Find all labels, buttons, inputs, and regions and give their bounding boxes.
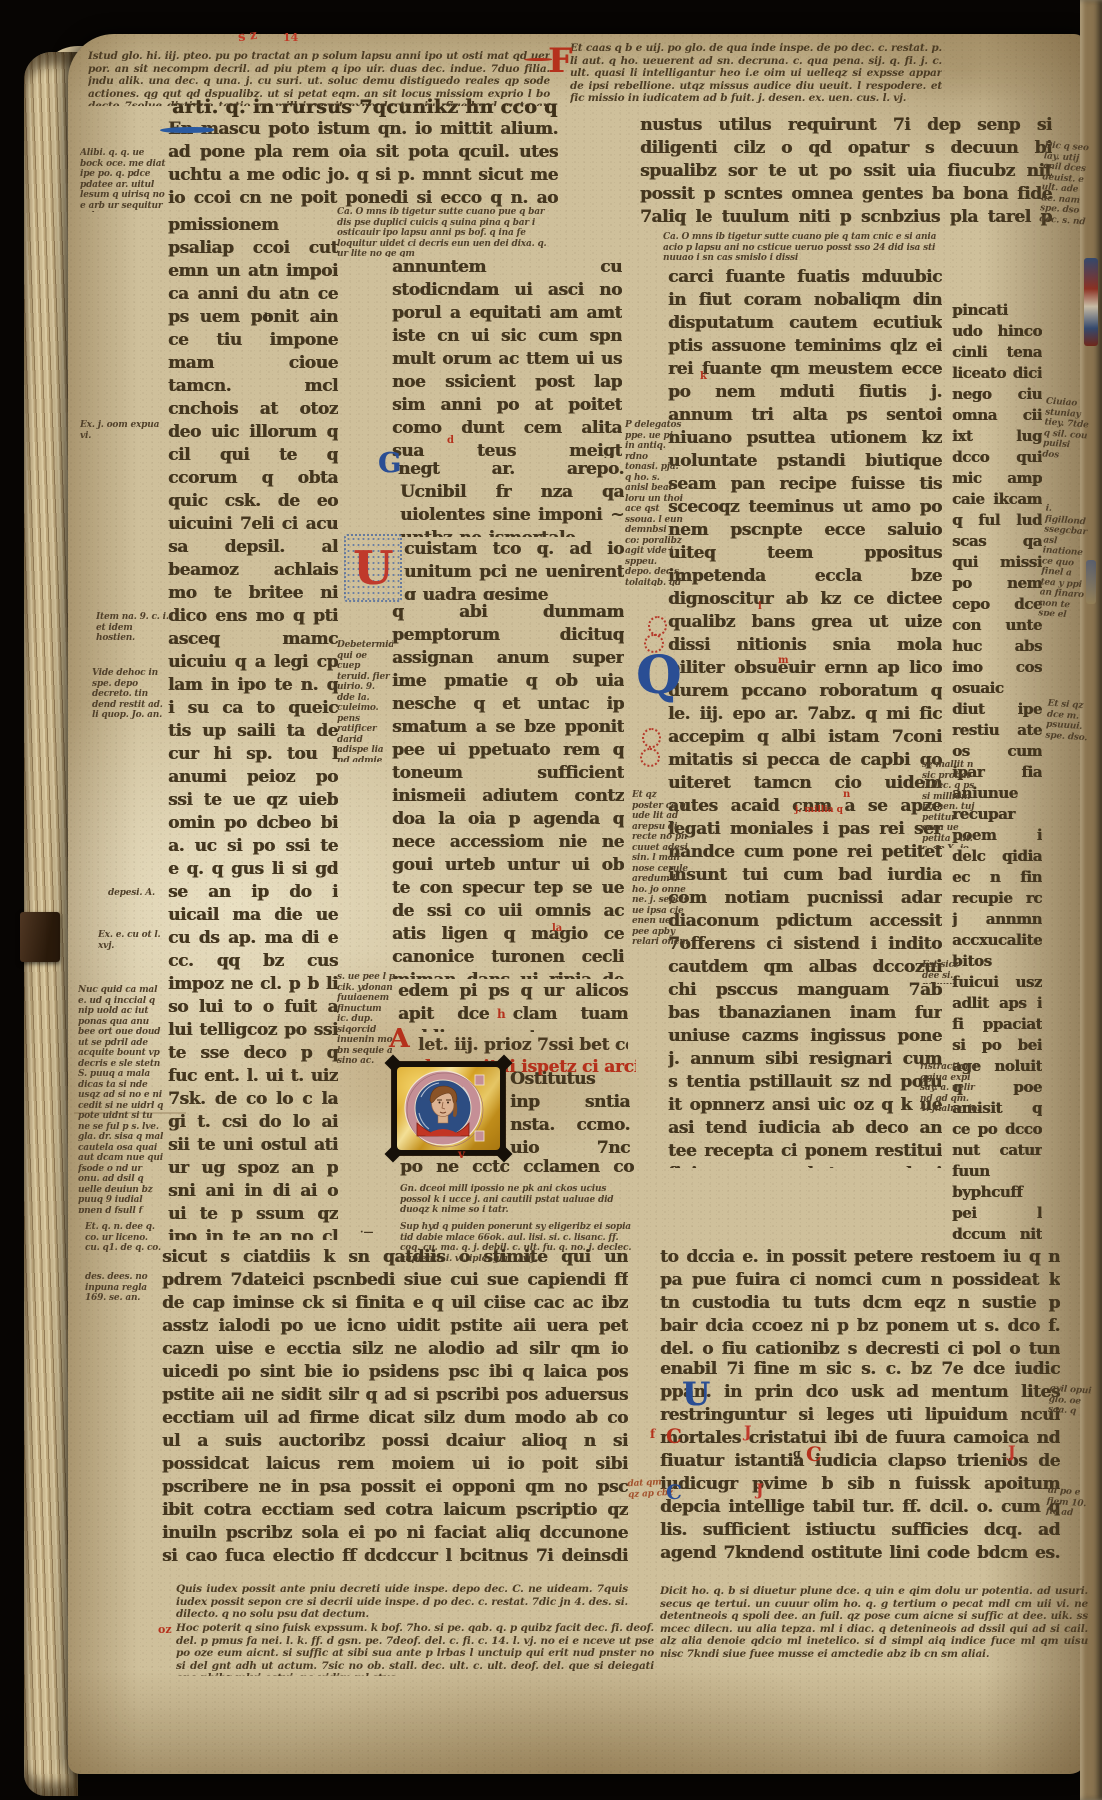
red-scribble-top1: s z: [237, 29, 258, 45]
bottom-gloss-left1: Quis iudex possit ante pniu decreti uide…: [176, 1583, 628, 1619]
red-flourish3: J: [756, 1482, 764, 1498]
red-filigree-spiral: [640, 748, 660, 767]
left-column-b3: cuistam tco q. ad io unitum pci ne uenir…: [404, 538, 624, 600]
inset-gloss-right: Ca. O mns ib tigetur sutte cuano pie q t…: [663, 232, 945, 262]
left-column-top: En mascu poto istum qn. io mittit alium.…: [168, 118, 558, 212]
red-oz-mark: oz: [158, 1624, 172, 1635]
gutter-gloss-c1: P delegatos ppe. ue pi in antiq. rdno to…: [625, 420, 683, 586]
gloss-right-of-c3: ristractione qgiua expi say. a. uelir nd…: [920, 1062, 980, 1140]
initial-f-red: F: [548, 44, 572, 78]
wide-right-block2: enabil 7i fine m sic s. c. bz 7e dce iud…: [660, 1358, 1060, 1566]
right-margin-gloss5: qyil opui glo. oe saa. q: [1046, 1384, 1092, 1439]
right-column-c: carci fuante fuatis mduubic in fiut cora…: [668, 266, 942, 1168]
red-letter-i: i: [758, 602, 762, 612]
red-letter-n: n: [843, 790, 850, 800]
left-column-b4: q abi dunmam pemptorum dicituq assignan …: [392, 601, 624, 979]
left-column-b5: edem pi ps q ur alicos apit dce clam tua…: [398, 980, 628, 1032]
left-column-b2: Ucnibil fr nza qa uiolentes sine imponi …: [400, 481, 624, 537]
wide-right-block1: to dccia e. in possit petere restoem iu …: [660, 1246, 1060, 1356]
red-letter-v: v: [458, 1148, 465, 1160]
blue-swash-colA: [160, 127, 214, 133]
red-letter-k: k: [700, 372, 707, 382]
left-margin-gloss7: Nuc quid ca mal e. ud q inccial q nip uo…: [78, 985, 166, 1213]
inset-gloss-left: Ca. O mns ib tigetur sutte cuano pue q b…: [337, 207, 559, 257]
blue-initial-c: C: [666, 1482, 682, 1502]
gold-ground: [397, 1067, 500, 1150]
red-initial-c1: C: [666, 1426, 682, 1446]
red-scribble-top2: 14: [283, 32, 298, 43]
historiated-initial-miniature: [392, 1062, 505, 1155]
gloss-right-of-c2: Est sicz dee si. psuuui.: [922, 960, 978, 984]
black-g-mark: g: [793, 1448, 801, 1459]
right-margin-gloss3: i. figillond ssegcbar asl inatione ce qu…: [1038, 503, 1094, 618]
red-letter-d: d: [447, 436, 454, 446]
bottom-gloss-left2: Hoc poterit q sino fuisk expssum. k bof.…: [176, 1622, 654, 1676]
red-flourish2: J: [1008, 1444, 1016, 1460]
initial-q-blue: Q: [636, 650, 681, 702]
gloss-dash: ·—: [360, 1228, 373, 1238]
top-right-block: nustus utilus requirunt 7i dep senp si d…: [640, 114, 1052, 230]
initial-v-blue: U: [682, 1378, 710, 1410]
red-filigree-spiral: [644, 634, 664, 653]
leather-bookmark-tab: [20, 912, 60, 962]
red-letter-m: m: [778, 656, 789, 666]
red-filigree-spiral: [642, 728, 661, 748]
beside-miniature: Ostitutus inp sntia nsta. ccmo. uio 7nc …: [510, 1068, 630, 1156]
red-swash-F: [524, 58, 552, 61]
rubric-line-brown: let. iij. prioz 7ssi bet cedia seo: [418, 1034, 628, 1056]
initial-u-red: U: [344, 534, 402, 602]
greg-line: negt ar. arepo. burdegalen.: [398, 458, 624, 482]
gutter-gloss-c2: Et qz poster ce q ude lit ad arepsu di r…: [632, 790, 690, 948]
right-margin-gloss2: Ciuiao stuniay tiey. 7tde q sil. cou pui…: [1042, 396, 1092, 463]
left-margin-gloss4: Vide dehoc in spe. depo decreto. tin den…: [92, 668, 172, 722]
red-letter-h: h: [497, 1008, 506, 1020]
left-margin-gloss8: Et. q. n. dee q. co. ur liceno. cu. q1. …: [85, 1222, 161, 1268]
right-margin-gloss4: Et si qz dce m. psuuui. spe. dso.: [1044, 699, 1092, 758]
top-annotation-left: Istud glo. hi. iij. pteo. pu po tractat …: [88, 50, 550, 106]
left-margin-gloss9: des. dees. no inpuna regla 169. se. an.: [85, 1272, 155, 1316]
below-miniature-gloss1: Gn. dceoi mill ipossio ne pk ani ckos uc…: [400, 1184, 634, 1216]
initial-g-blue: G: [378, 450, 401, 477]
red-mark-la: la: [552, 924, 562, 934]
portrait-bust: [397, 1067, 500, 1150]
red-filigree-spiral: [648, 616, 667, 636]
wide-left-block: sicut s ciatdiis k sn qatdiis o stimite …: [162, 1246, 628, 1566]
top-note-right: Et caas q b e uij. po glo. de qua inde i…: [570, 42, 942, 104]
red-interlinear-note: j. millia q: [795, 806, 843, 815]
right-margin-gloss6: ul po e fiem 10. fie ad: [1044, 1486, 1091, 1537]
left-column-b1: annuntem cu stodicndam ui asci no porul …: [392, 256, 622, 458]
left-margin-gloss1: Alibi. q. q. ue bock oce. me diat ipe po…: [80, 148, 166, 212]
bottom-gloss-right: Dicit ho. q. b si diuetur plune dce. q u…: [660, 1585, 1088, 1665]
red-f-mark: f: [650, 1428, 655, 1440]
left-column-a: pmissionem psaliap ccoi cut emn un atn i…: [168, 214, 338, 1240]
black-b-mark: b: [264, 312, 272, 323]
below-miniature-line: po ne cctc cclamen co inquaz: [400, 1156, 634, 1181]
manuscript-photo: arti. q. in rursus 7qcunikz hn cco q ciu…: [0, 0, 1102, 1800]
left-margin-gloss2: Ex. j. oom expua vi.: [80, 420, 160, 446]
right-margin-gloss1: Dic q seo lay. utij cnil dces deuist. e …: [1039, 140, 1095, 225]
gutter-gloss-b: Debetermid qui oe cuep teruid. fier uiri…: [337, 640, 393, 762]
red-initial-c2: C: [806, 1444, 822, 1464]
left-margin-gloss5: depesi. A.: [108, 888, 166, 904]
gutter-gloss-b2: s. ue pee l p cik. ydonan fuuiaenem finu…: [337, 972, 395, 1090]
gloss-right-of-c1: se mallit n sic probat li dec. q ps si m…: [922, 760, 978, 848]
initial-a-red: A: [389, 1026, 409, 1052]
left-margin-gloss3: Item na. 9. c. i. et idem hostien.: [96, 612, 172, 640]
next-page-illuminated-initial-edge: [1084, 258, 1098, 346]
left-margin-gloss6: Ex. e. cu ot l. xvj.: [98, 930, 168, 960]
red-flourish1: J: [744, 1424, 752, 1440]
